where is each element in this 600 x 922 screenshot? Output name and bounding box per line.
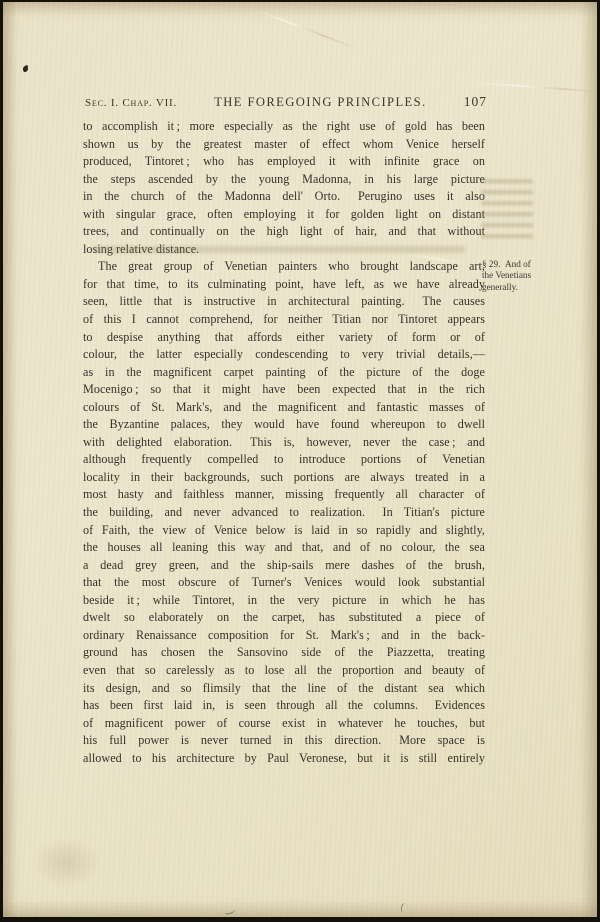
- text-line: produced, Tintoret ; who has employed it…: [83, 153, 485, 171]
- margin-note-line: generally.: [482, 282, 552, 293]
- text-line: with delighted elaboration. This is, how…: [83, 434, 485, 452]
- text-line: to accomplish it ; more especially as th…: [83, 118, 485, 136]
- text-line: trees, and continually on the high light…: [83, 223, 485, 241]
- text-line: has been first laid in, is seen through …: [83, 697, 485, 715]
- text-line: his full power is never turned in this d…: [83, 732, 485, 750]
- running-head: Sec. I. Chap. VII. THE FOREGOING PRINCIP…: [85, 94, 487, 110]
- text-line: beside it ; while Tintoret, in the very …: [83, 592, 485, 610]
- text-line: a dead grey green, and the ship-sails me…: [83, 557, 485, 575]
- text-line: its design, and so flimsily that the lin…: [83, 680, 485, 698]
- text-line: ground has chosen the Sansovino side of …: [83, 644, 485, 662]
- page-title: THE FOREGOING PRINCIPLES.: [214, 95, 426, 110]
- text-line: colours of St. Mark's, and the magnifice…: [83, 399, 485, 417]
- text-line: The great group of Venetian painters who…: [83, 258, 485, 276]
- text-line: the houses all leaning this way and that…: [83, 539, 485, 557]
- text-line: the building, and never advanced to real…: [83, 504, 485, 522]
- text-line: even that so carelessly as to lose all t…: [83, 662, 485, 680]
- text-line: Mocenigo ; so that it might have been ex…: [83, 381, 485, 399]
- paper-crease: [471, 82, 597, 93]
- text-line: for that time, to its culminating point,…: [83, 276, 485, 294]
- chapter-label: Sec. I. Chap. VII.: [85, 97, 177, 109]
- text-line: locality in their backgrounds, such port…: [83, 469, 485, 487]
- page-showthrough-line: [93, 246, 465, 253]
- paper-stain: [19, 830, 114, 896]
- book-page: Sec. I. Chap. VII. THE FOREGOING PRINCIP…: [3, 2, 597, 917]
- text-line: of magnificent power of course exist in …: [83, 715, 485, 733]
- page-showthrough-text: [481, 179, 533, 241]
- body-text: to accomplish it ; more especially as th…: [83, 118, 485, 767]
- margin-note-line: the Venetians: [482, 270, 552, 281]
- text-line: that the most obscure of Turner's Venice…: [83, 574, 485, 592]
- text-line: with singular grace, often employing it …: [83, 206, 485, 224]
- text-line: dwelt so elaborately on the carpet, has …: [83, 609, 485, 627]
- text-line: most hasty and faithless manner, missing…: [83, 486, 485, 504]
- text-line: in the church of the Madonna dell' Orto.…: [83, 188, 485, 206]
- text-line: to despise anything that affords either …: [83, 329, 485, 347]
- paper-crease: [254, 8, 357, 49]
- paper-fiber: [223, 906, 235, 915]
- paper-fiber: [400, 902, 408, 913]
- text-line: as in the magnificent carpet painting of…: [83, 364, 485, 382]
- page-number: 107: [464, 94, 487, 110]
- text-line: allowed to his architecture by Paul Vero…: [83, 750, 485, 768]
- text-line: the Byzantine palaces, they would have f…: [83, 416, 485, 434]
- text-line: of this I cannot comprehend, for neither…: [83, 311, 485, 329]
- text-line: seen, little that is instructive in arch…: [83, 293, 485, 311]
- text-line: the steps ascended by the young Madonna,…: [83, 171, 485, 189]
- text-line: of Faith, the view of Venice below is la…: [83, 522, 485, 540]
- text-line: although frequently compelled to introdu…: [83, 451, 485, 469]
- margin-note-line: § 29. And of: [482, 259, 552, 270]
- margin-note: § 29. And of the Venetians generally.: [482, 259, 552, 293]
- text-line: shown us by the greatest master of effec…: [83, 136, 485, 154]
- text-line: ordinary Renaissance composition for St.…: [83, 627, 485, 645]
- ink-speck: [23, 66, 28, 72]
- text-line: colour, the latter especially condescend…: [83, 346, 485, 364]
